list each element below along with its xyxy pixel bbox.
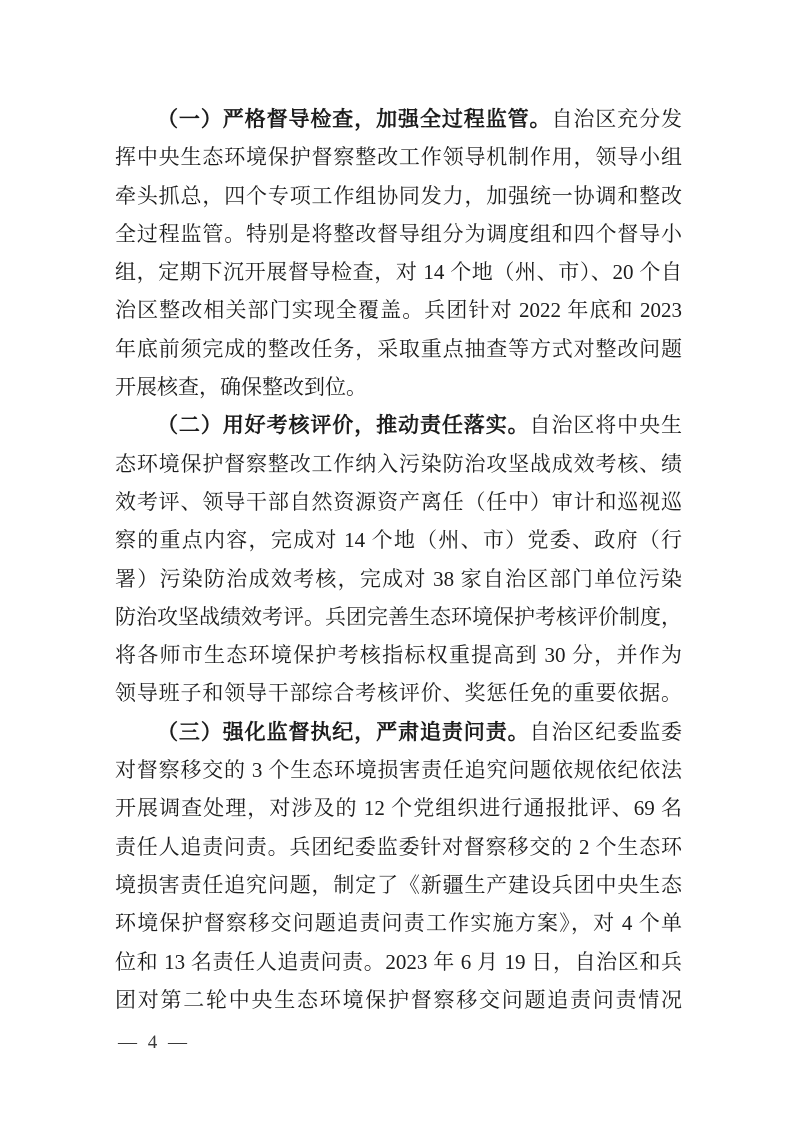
text-line: 组，定期下沉开展督导检查，对 14 个地（州、市）、20 个自: [115, 253, 682, 291]
text-line: 开展调查处理，对涉及的 12 个党组织进行通报批评、69 名: [115, 789, 682, 827]
text-line: 境损害责任追究问题，制定了《新疆生产建设兵团中央生态: [115, 866, 682, 904]
text-line: 年底前须完成的整改任务，采取重点抽查等方式对整改问题: [115, 330, 682, 368]
text-line: 全过程监管。特别是将整改督导组分为调度组和四个督导小: [115, 215, 682, 253]
page-number: — 4 —: [118, 1032, 190, 1054]
text-line: 态环境保护督察整改工作纳入污染防治攻坚战成效考核、绩: [115, 445, 682, 483]
paragraph-lead: （三）强化监督执纪，严肃追责问责。: [157, 720, 530, 744]
text-line: 察的重点内容，完成对 14 个地（州、市）党委、政府（行: [115, 521, 682, 559]
text-line: 牵头抓总，四个专项工作组协同发力，加强统一协调和整改: [115, 177, 682, 215]
text-line: 环境保护督察移交问题追责问责工作实施方案》，对 4 个单: [115, 904, 682, 942]
document-page: （一）严格督导检查，加强全过程监管。自治区充分发挥中央生态环境保护督察整改工作领…: [0, 0, 793, 1122]
text-line: 团对第二轮中央生态环境保护督察移交问题追责问责情况: [115, 981, 682, 1019]
text-line: 署）污染防治成效考核，完成对 38 家自治区部门单位污染: [115, 560, 682, 598]
text-line: 将各师市生态环境保护考核指标权重提高到 30 分，并作为: [115, 636, 682, 674]
text-line: 治区整改相关部门实现全覆盖。兵团针对 2022 年底和 2023: [115, 291, 682, 329]
text-line: 对督察移交的 3 个生态环境损害责任追究问题依规依纪依法: [115, 751, 682, 789]
text-line: （一）严格督导检查，加强全过程监管。自治区充分发: [115, 100, 682, 138]
paragraph-lead: （二）用好考核评价，推动责任落实。: [157, 413, 530, 437]
text-line: （二）用好考核评价，推动责任落实。自治区将中央生: [115, 406, 682, 444]
paragraph-lead: （一）严格督导检查，加强全过程监管。: [157, 107, 551, 131]
text-line: 领导班子和领导干部综合考核评价、奖惩任免的重要依据。: [115, 674, 682, 712]
text-line: （三）强化监督执纪，严肃追责问责。自治区纪委监委: [115, 713, 682, 751]
text-line: 挥中央生态环境保护督察整改工作领导机制作用，领导小组: [115, 138, 682, 176]
text-line: 责任人追责问责。兵团纪委监委针对督察移交的 2 个生态环: [115, 828, 682, 866]
text-line: 效考评、领导干部自然资源资产离任（任中）审计和巡视巡: [115, 483, 682, 521]
text-line: 开展核查，确保整改到位。: [115, 368, 682, 406]
document-body: （一）严格督导检查，加强全过程监管。自治区充分发挥中央生态环境保护督察整改工作领…: [115, 100, 682, 1019]
text-line: 位和 13 名责任人追责问责。2023 年 6 月 19 日，自治区和兵: [115, 943, 682, 981]
text-line: 防治攻坚战绩效考评。兵团完善生态环境保护考核评价制度，: [115, 598, 682, 636]
